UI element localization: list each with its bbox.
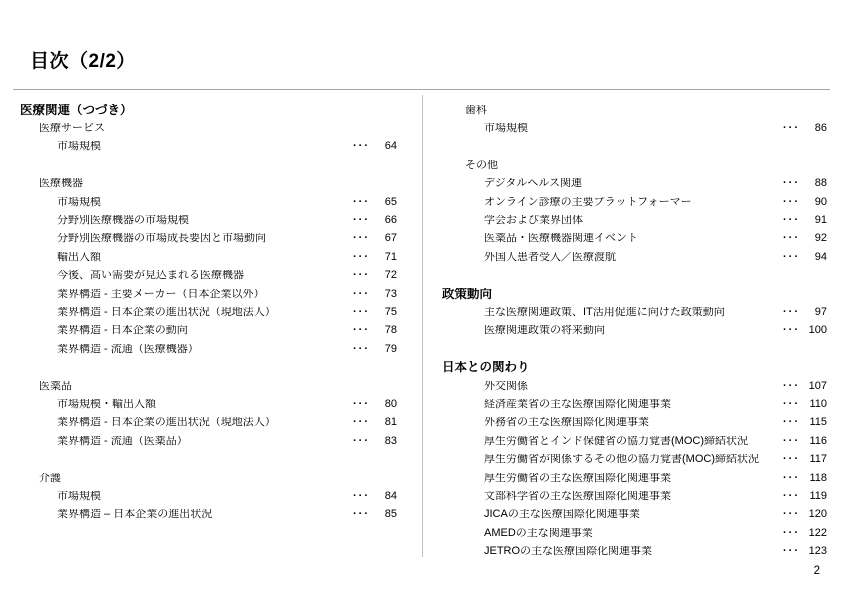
toc-label: 業界構造 - 日本企業の進出状況（現地法人） xyxy=(0,307,353,318)
toc-page-ref: 97 xyxy=(805,307,827,318)
toc-page-ref: 94 xyxy=(805,252,827,263)
toc-leader: ···83 xyxy=(353,436,397,447)
toc-entry: 業界構造 - 日本企業の進出状況（現地法人）···81 xyxy=(0,414,397,432)
toc-label: 医療関連（つづき） xyxy=(0,104,397,117)
toc-leader: ···91 xyxy=(783,215,827,226)
toc-label: 市場規模 xyxy=(0,141,353,152)
dot-leader: ··· xyxy=(353,252,370,263)
toc-page-ref: 65 xyxy=(375,197,397,208)
toc-entry: JICAの主な医療国際化関連事業···120 xyxy=(422,506,827,524)
toc-leader: ···118 xyxy=(783,473,827,484)
dot-leader: ··· xyxy=(353,509,370,520)
toc-entry: 主な医療関連政策、IT活用促進に向けた政策動向···97 xyxy=(422,303,827,321)
dot-leader: ··· xyxy=(783,436,800,447)
toc-label: 市場規模・輸出入額 xyxy=(0,399,353,410)
toc-page-ref: 100 xyxy=(805,325,827,336)
toc-leader: ···120 xyxy=(783,509,827,520)
dot-leader: ··· xyxy=(783,491,800,502)
toc-label: 日本との関わり xyxy=(422,361,827,374)
dot-leader: ··· xyxy=(783,473,800,484)
toc-leader: ···122 xyxy=(783,528,827,539)
toc-page-ref: 84 xyxy=(375,491,397,502)
toc-subsection-heading: 医薬品 xyxy=(0,377,397,395)
toc-label: 市場規模 xyxy=(0,197,353,208)
toc-label: 厚生労働省が関係するその他の協力覚書(MOC)締結状況 xyxy=(422,454,783,465)
toc-right-column: 歯科市場規模···86その他デジタルヘルス関連···88オンライン診療の主要プラ… xyxy=(422,101,827,561)
toc-subsection-heading: 歯科 xyxy=(422,101,827,119)
toc-entry: 厚生労働省の主な医療国際化関連事業···118 xyxy=(422,469,827,487)
toc-label: 業界構造 – 日本企業の進出状況 xyxy=(0,509,353,520)
dot-leader: ··· xyxy=(353,141,370,152)
toc-leader: ···123 xyxy=(783,546,827,557)
toc-leader: ···66 xyxy=(353,215,397,226)
toc-label: 業界構造 - 流通（医薬品） xyxy=(0,436,353,447)
toc-label: 医薬品 xyxy=(0,381,397,392)
toc-leader: ···75 xyxy=(353,307,397,318)
toc-entry: 文部科学省の主な医療国際化関連事業···119 xyxy=(422,487,827,505)
toc-subsection-heading: 医療サービス xyxy=(0,119,397,137)
toc-page-ref: 120 xyxy=(805,509,827,520)
toc-label: 業界構造 - 主要メーカー（日本企業以外） xyxy=(0,289,353,300)
toc-entry: 市場規模・輸出入額···80 xyxy=(0,395,397,413)
toc-page-ref: 72 xyxy=(375,270,397,281)
dot-leader: ··· xyxy=(783,215,800,226)
toc-label: 業界構造 - 日本企業の進出状況（現地法人） xyxy=(0,417,353,428)
toc-leader: ···94 xyxy=(783,252,827,263)
toc-page-ref: 118 xyxy=(805,473,827,484)
toc-leader: ···90 xyxy=(783,197,827,208)
toc-label: その他 xyxy=(422,160,827,171)
toc-page-ref: 73 xyxy=(375,289,397,300)
toc-spacer xyxy=(422,340,827,358)
toc-label: 業界構造 - 日本企業の動向 xyxy=(0,325,353,336)
toc-label: 政策動向 xyxy=(422,288,827,301)
toc-left-column: 医療関連（つづき）医療サービス市場規模···64医療機器市場規模···65分野別… xyxy=(0,101,397,524)
dot-leader: ··· xyxy=(783,417,800,428)
toc-entry: 外務省の主な医療国際化関連事業···115 xyxy=(422,414,827,432)
dot-leader: ··· xyxy=(783,381,800,392)
toc-page-ref: 123 xyxy=(805,546,827,557)
toc-label: 医療サービス xyxy=(0,123,397,134)
toc-entry: 市場規模···84 xyxy=(0,487,397,505)
toc-leader: ···80 xyxy=(353,399,397,410)
toc-page-ref: 119 xyxy=(805,491,827,502)
dot-leader: ··· xyxy=(783,307,800,318)
toc-spacer xyxy=(422,138,827,156)
toc-section-heading: 医療関連（つづき） xyxy=(0,101,397,119)
toc-entry: 輸出入額···71 xyxy=(0,248,397,266)
title-divider-line xyxy=(13,89,830,90)
toc-leader: ···92 xyxy=(783,233,827,244)
toc-page-ref: 86 xyxy=(805,123,827,134)
toc-page-ref: 83 xyxy=(375,436,397,447)
toc-leader: ···78 xyxy=(353,325,397,336)
toc-label: 業界構造 - 流通（医療機器） xyxy=(0,344,353,355)
toc-leader: ···88 xyxy=(783,178,827,189)
toc-page-ref: 91 xyxy=(805,215,827,226)
dot-leader: ··· xyxy=(783,546,800,557)
toc-leader: ···97 xyxy=(783,307,827,318)
toc-page-ref: 85 xyxy=(375,509,397,520)
toc-leader: ···100 xyxy=(783,325,827,336)
dot-leader: ··· xyxy=(353,325,370,336)
dot-leader: ··· xyxy=(783,454,800,465)
toc-slide: 目次（2/2） 医療関連（つづき）医療サービス市場規模···64医療機器市場規模… xyxy=(0,0,842,595)
toc-page-ref: 79 xyxy=(375,344,397,355)
toc-label: 分野別医療機器の市場規模 xyxy=(0,215,353,226)
toc-page-ref: 80 xyxy=(375,399,397,410)
toc-page-ref: 71 xyxy=(375,252,397,263)
toc-leader: ···117 xyxy=(783,454,827,465)
dot-leader: ··· xyxy=(783,399,800,410)
toc-page-ref: 88 xyxy=(805,178,827,189)
dot-leader: ··· xyxy=(353,197,370,208)
toc-section-heading: 政策動向 xyxy=(422,285,827,303)
dot-leader: ··· xyxy=(783,197,800,208)
toc-subsection-heading: 医療機器 xyxy=(0,175,397,193)
dot-leader: ··· xyxy=(353,215,370,226)
toc-label: 歯科 xyxy=(422,105,827,116)
toc-leader: ···110 xyxy=(783,399,827,410)
toc-leader: ···115 xyxy=(783,417,827,428)
toc-page-ref: 78 xyxy=(375,325,397,336)
toc-page-ref: 75 xyxy=(375,307,397,318)
toc-leader: ···81 xyxy=(353,417,397,428)
toc-leader: ···119 xyxy=(783,491,827,502)
toc-label: 主な医療関連政策、IT活用促進に向けた政策動向 xyxy=(422,307,783,318)
toc-spacer xyxy=(422,267,827,285)
toc-label: 外国人患者受入／医療渡航 xyxy=(422,252,783,263)
toc-entry: 医療関連政策の将来動向···100 xyxy=(422,322,827,340)
toc-label: 介護 xyxy=(0,473,397,484)
toc-page-ref: 107 xyxy=(805,381,827,392)
toc-page-ref: 64 xyxy=(375,141,397,152)
toc-entry: 市場規模···86 xyxy=(422,119,827,137)
dot-leader: ··· xyxy=(353,289,370,300)
toc-label: 市場規模 xyxy=(422,123,783,134)
dot-leader: ··· xyxy=(783,123,800,134)
toc-entry: 業界構造 – 日本企業の進出状況···85 xyxy=(0,506,397,524)
dot-leader: ··· xyxy=(353,491,370,502)
toc-page-ref: 115 xyxy=(805,417,827,428)
toc-label: AMEDの主な関連事業 xyxy=(422,528,783,539)
dot-leader: ··· xyxy=(783,509,800,520)
toc-entry: 経済産業省の主な医療国際化関連事業···110 xyxy=(422,395,827,413)
toc-label: 文部科学省の主な医療国際化関連事業 xyxy=(422,491,783,502)
dot-leader: ··· xyxy=(353,233,370,244)
toc-leader: ···67 xyxy=(353,233,397,244)
dot-leader: ··· xyxy=(353,417,370,428)
toc-page-ref: 116 xyxy=(805,436,827,447)
toc-entry: デジタルヘルス関連···88 xyxy=(422,175,827,193)
toc-leader: ···72 xyxy=(353,270,397,281)
toc-entry: 業界構造 - 流通（医療機器）···79 xyxy=(0,340,397,358)
toc-entry: 厚生労働省とインド保健省の協力覚書(MOC)締結状況···116 xyxy=(422,432,827,450)
toc-label: 分野別医療機器の市場成長要因と市場動向 xyxy=(0,233,353,244)
toc-leader: ···71 xyxy=(353,252,397,263)
toc-spacer xyxy=(0,358,397,376)
toc-page-ref: 92 xyxy=(805,233,827,244)
toc-page-ref: 122 xyxy=(805,528,827,539)
toc-leader: ···65 xyxy=(353,197,397,208)
toc-leader: ···86 xyxy=(783,123,827,134)
toc-label: 外務省の主な医療国際化関連事業 xyxy=(422,417,783,428)
toc-label: 学会および業界団体 xyxy=(422,215,783,226)
toc-label: 経済産業省の主な医療国際化関連事業 xyxy=(422,399,783,410)
toc-page-ref: 90 xyxy=(805,197,827,208)
toc-page-ref: 110 xyxy=(805,399,827,410)
toc-page-ref: 81 xyxy=(375,417,397,428)
toc-subsection-heading: その他 xyxy=(422,156,827,174)
dot-leader: ··· xyxy=(353,307,370,318)
toc-label: オンライン診療の主要プラットフォーマー xyxy=(422,197,783,208)
toc-label: デジタルヘルス関連 xyxy=(422,178,783,189)
toc-entry: 業界構造 - 主要メーカー（日本企業以外）···73 xyxy=(0,285,397,303)
toc-entry: JETROの主な医療国際化関連事業···123 xyxy=(422,542,827,560)
dot-leader: ··· xyxy=(783,528,800,539)
toc-spacer xyxy=(0,156,397,174)
toc-entry: 市場規模···64 xyxy=(0,138,397,156)
dot-leader: ··· xyxy=(353,344,370,355)
toc-entry: 外国人患者受入／医療渡航···94 xyxy=(422,248,827,266)
toc-leader: ···73 xyxy=(353,289,397,300)
toc-entry: 今後、高い需要が見込まれる医療機器···72 xyxy=(0,267,397,285)
toc-page-ref: 67 xyxy=(375,233,397,244)
dot-leader: ··· xyxy=(353,399,370,410)
toc-leader: ···85 xyxy=(353,509,397,520)
toc-label: JETROの主な医療国際化関連事業 xyxy=(422,546,783,557)
toc-entry: 学会および業界団体···91 xyxy=(422,211,827,229)
toc-label: 医薬品・医療機器関連イベント xyxy=(422,233,783,244)
dot-leader: ··· xyxy=(353,270,370,281)
toc-section-heading: 日本との関わり xyxy=(422,358,827,376)
toc-label: 厚生労働省とインド保健省の協力覚書(MOC)締結状況 xyxy=(422,436,783,447)
toc-label: 厚生労働省の主な医療国際化関連事業 xyxy=(422,473,783,484)
dot-leader: ··· xyxy=(783,178,800,189)
toc-label: 医療機器 xyxy=(0,178,397,189)
dot-leader: ··· xyxy=(353,436,370,447)
toc-entry: 外交関係···107 xyxy=(422,377,827,395)
toc-label: 輸出入額 xyxy=(0,252,353,263)
toc-subsection-heading: 介護 xyxy=(0,469,397,487)
toc-leader: ···84 xyxy=(353,491,397,502)
dot-leader: ··· xyxy=(783,233,800,244)
dot-leader: ··· xyxy=(783,252,800,263)
toc-entry: AMEDの主な関連事業···122 xyxy=(422,524,827,542)
toc-entry: 業界構造 - 流通（医薬品）···83 xyxy=(0,432,397,450)
toc-label: 医療関連政策の将来動向 xyxy=(422,325,783,336)
toc-label: 外交関係 xyxy=(422,381,783,392)
toc-page-ref: 66 xyxy=(375,215,397,226)
toc-entry: 医薬品・医療機器関連イベント···92 xyxy=(422,230,827,248)
toc-label: 市場規模 xyxy=(0,491,353,502)
toc-entry: オンライン診療の主要プラットフォーマー···90 xyxy=(422,193,827,211)
toc-entry: 厚生労働省が関係するその他の協力覚書(MOC)締結状況···117 xyxy=(422,450,827,468)
toc-entry: 業界構造 - 日本企業の進出状況（現地法人）···75 xyxy=(0,303,397,321)
toc-leader: ···79 xyxy=(353,344,397,355)
toc-entry: 分野別医療機器の市場成長要因と市場動向···67 xyxy=(0,230,397,248)
toc-leader: ···107 xyxy=(783,381,827,392)
toc-entry: 市場規模···65 xyxy=(0,193,397,211)
toc-spacer xyxy=(0,450,397,468)
toc-label: 今後、高い需要が見込まれる医療機器 xyxy=(0,270,353,281)
toc-label: JICAの主な医療国際化関連事業 xyxy=(422,509,783,520)
toc-entry: 分野別医療機器の市場規模···66 xyxy=(0,211,397,229)
dot-leader: ··· xyxy=(783,325,800,336)
page-title: 目次（2/2） xyxy=(30,46,136,73)
page-number: 2 xyxy=(814,565,820,577)
toc-entry: 業界構造 - 日本企業の動向···78 xyxy=(0,322,397,340)
toc-page-ref: 117 xyxy=(805,454,827,465)
toc-leader: ···64 xyxy=(353,141,397,152)
toc-leader: ···116 xyxy=(783,436,827,447)
